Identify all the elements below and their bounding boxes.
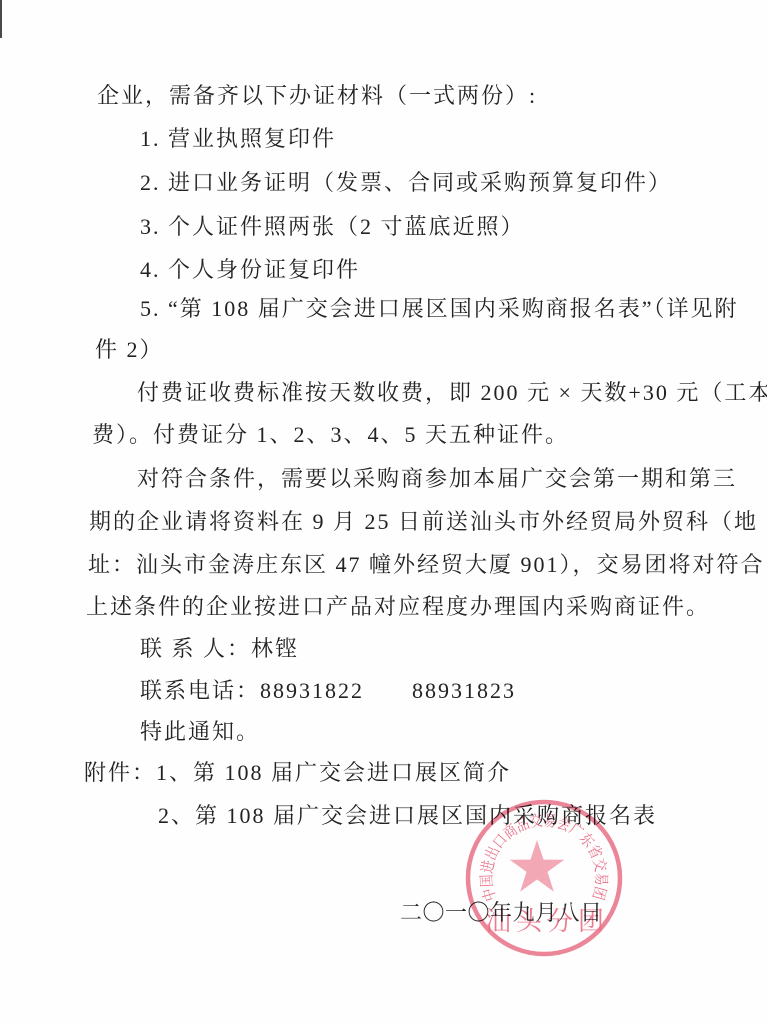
document-line: 3. 个人证件照两张（2 寸蓝底近照）: [140, 215, 525, 239]
contact-phone-line: 联系电话：88931822 88931823: [140, 679, 516, 703]
document-line: 上述条件的企业按进口产品对应程度办理国内采购商证件。: [86, 595, 710, 619]
document-line: 5. “第 108 届广交会进口展区国内采购商报名表”（详见附: [140, 297, 739, 321]
contact-person-line: 联 系 人：林铿: [140, 637, 299, 661]
stamp-ring-text: 中国进出口商品交易会广东省交易团: [478, 812, 610, 904]
scan-edge-artifact: [0, 0, 2, 38]
official-seal-stamp: 中国进出口商品交易会广东省交易团 汕头分团: [424, 758, 664, 998]
document-line: 费）。付费证分 1、2、3、4、5 天五种证件。: [92, 423, 569, 447]
stamp-branch-text: 汕头分团: [485, 907, 609, 936]
document-line: 期的企业请将资料在 9 月 25 日前送汕头市外经贸局外贸科（地: [89, 510, 758, 534]
document-line: 址：汕头市金涛庄东区 47 幢外经贸大厦 901），交易团将对符合: [88, 553, 765, 577]
document-line: 付费证收费标准按天数收费，即 200 元 × 天数+30 元（工本: [137, 381, 767, 405]
document-line: 1. 营业执照复印件: [140, 127, 336, 151]
document-line: 对符合条件，需要以采购商参加本届广交会第一期和第三: [137, 467, 737, 491]
document-line: 特此通知。: [140, 720, 260, 744]
document-line: 4. 个人身份证复印件: [140, 258, 360, 282]
document-line: 2. 进口业务证明（发票、合同或采购预算复印件）: [140, 171, 672, 195]
document-line: 件 2）: [95, 338, 164, 362]
star-icon: [510, 840, 564, 892]
stamp-ring-text-path: 中国进出口商品交易会广东省交易团: [478, 812, 610, 904]
document-line: 企业，需备齐以下办证材料（一式两份）:: [97, 84, 537, 108]
document-page: 企业，需备齐以下办证材料（一式两份）: 1. 营业执照复印件 2. 进口业务证明…: [0, 0, 767, 1024]
